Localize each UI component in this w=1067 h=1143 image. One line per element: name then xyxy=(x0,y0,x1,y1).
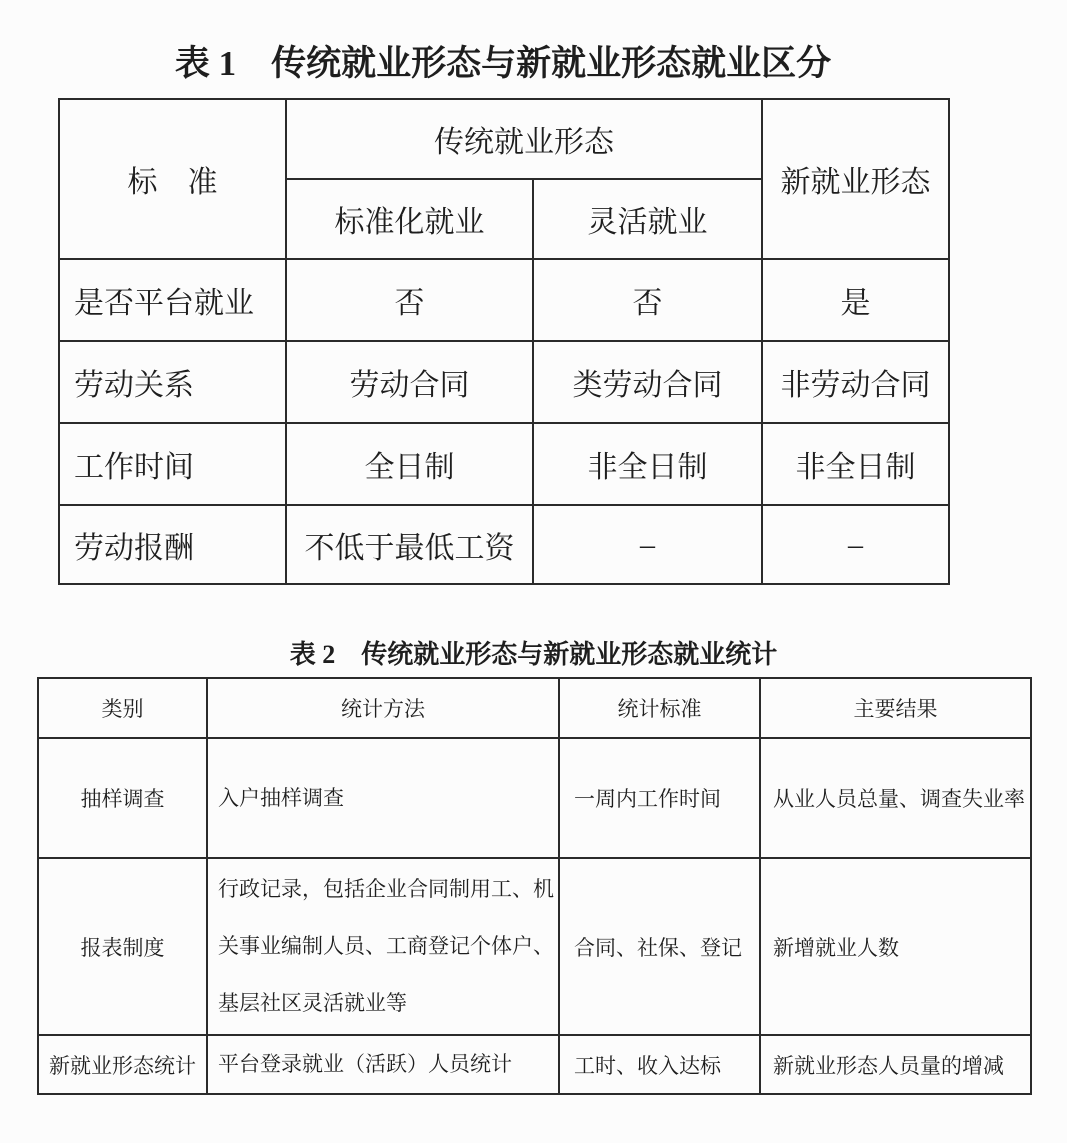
table1-row-labor-relation-label: 劳动关系 xyxy=(59,341,286,423)
table2: 类别 统计方法 统计标准 主要结果 抽样调查 入户抽样调查 一周内工作时间 从业… xyxy=(37,677,1032,1095)
table1-header-standardized: 标准化就业 xyxy=(286,179,533,259)
table1-cell-labor-relation-standardized: 劳动合同 xyxy=(286,341,533,423)
table2-header-result: 主要结果 xyxy=(760,678,1031,738)
table1-cell-labor-relation-flexible: 类劳动合同 xyxy=(533,341,762,423)
table2-cell-report-standard: 合同、社保、登记 xyxy=(559,858,760,1035)
table2-cell-sampling-result: 从业人员总量、调查失业率 xyxy=(760,738,1031,858)
document-page: 表 1 传统就业形态与新就业形态就业区分 标 准 传统就业形态 新就业形态 标准… xyxy=(0,0,1067,1143)
table1-cell-pay-new-form: – xyxy=(762,505,949,584)
table1-cell-pay-flexible: – xyxy=(533,505,762,584)
table1-cell-work-time-flexible: 非全日制 xyxy=(533,423,762,505)
table1-header-traditional-group: 传统就业形态 xyxy=(286,99,762,179)
table2-header-method: 统计方法 xyxy=(207,678,559,738)
table1-row-pay-label: 劳动报酬 xyxy=(59,505,286,584)
table1-row-platform: 是否平台就业 否 否 是 xyxy=(59,259,949,341)
table2-cell-new-stats-standard: 工时、收入达标 xyxy=(559,1035,760,1094)
table2-cell-report-method: 行政记录，包括企业合同制用工、机关事业编制人员、工商登记个体户、基层社区灵活就业… xyxy=(207,858,559,1035)
table2-cell-new-stats-category: 新就业形态统计 xyxy=(38,1035,207,1094)
table2-cell-sampling-method: 入户抽样调查 xyxy=(207,738,559,858)
table1-row-pay: 劳动报酬 不低于最低工资 – – xyxy=(59,505,949,584)
table2-title: 表 2 传统就业形态与新就业形态就业统计 xyxy=(37,640,1030,670)
table1-row-work-time-label: 工作时间 xyxy=(59,423,286,505)
table2-cell-sampling-category: 抽样调查 xyxy=(38,738,207,858)
table1-row-work-time: 工作时间 全日制 非全日制 非全日制 xyxy=(59,423,949,505)
table1-row-labor-relation: 劳动关系 劳动合同 类劳动合同 非劳动合同 xyxy=(59,341,949,423)
table1: 标 准 传统就业形态 新就业形态 标准化就业 灵活就业 是否平台就业 否 否 是… xyxy=(58,98,950,585)
table1-cell-pay-standardized: 不低于最低工资 xyxy=(286,505,533,584)
table2-row-new-employment-stats: 新就业形态统计 平台登录就业（活跃）人员统计 工时、收入达标 新就业形态人员量的… xyxy=(38,1035,1031,1094)
table2-header-category: 类别 xyxy=(38,678,207,738)
table2-row-report-system: 报表制度 行政记录，包括企业合同制用工、机关事业编制人员、工商登记个体户、基层社… xyxy=(38,858,1031,1035)
table1-title: 表 1 传统就业形态与新就业形态就业区分 xyxy=(58,44,948,84)
table2-cell-report-result: 新增就业人数 xyxy=(760,858,1031,1035)
table1-cell-work-time-standardized: 全日制 xyxy=(286,423,533,505)
table2-cell-new-stats-method: 平台登录就业（活跃）人员统计 xyxy=(207,1035,559,1094)
table1-header-flexible: 灵活就业 xyxy=(533,179,762,259)
table2-cell-report-category: 报表制度 xyxy=(38,858,207,1035)
table1-header-new-form: 新就业形态 xyxy=(762,99,949,259)
table1-header-row-1: 标 准 传统就业形态 新就业形态 xyxy=(59,99,949,179)
table2-header-standard: 统计标准 xyxy=(559,678,760,738)
table1-row-platform-label: 是否平台就业 xyxy=(59,259,286,341)
table1-cell-platform-flexible: 否 xyxy=(533,259,762,341)
table1-cell-work-time-new-form: 非全日制 xyxy=(762,423,949,505)
table2-cell-new-stats-result: 新就业形态人员量的增减 xyxy=(760,1035,1031,1094)
table1-cell-platform-new-form: 是 xyxy=(762,259,949,341)
table2-header-row: 类别 统计方法 统计标准 主要结果 xyxy=(38,678,1031,738)
table1-cell-platform-standardized: 否 xyxy=(286,259,533,341)
table2-cell-sampling-standard: 一周内工作时间 xyxy=(559,738,760,858)
table1-cell-labor-relation-new-form: 非劳动合同 xyxy=(762,341,949,423)
table2-row-sampling-survey: 抽样调查 入户抽样调查 一周内工作时间 从业人员总量、调查失业率 xyxy=(38,738,1031,858)
table1-header-criterion: 标 准 xyxy=(59,99,286,259)
